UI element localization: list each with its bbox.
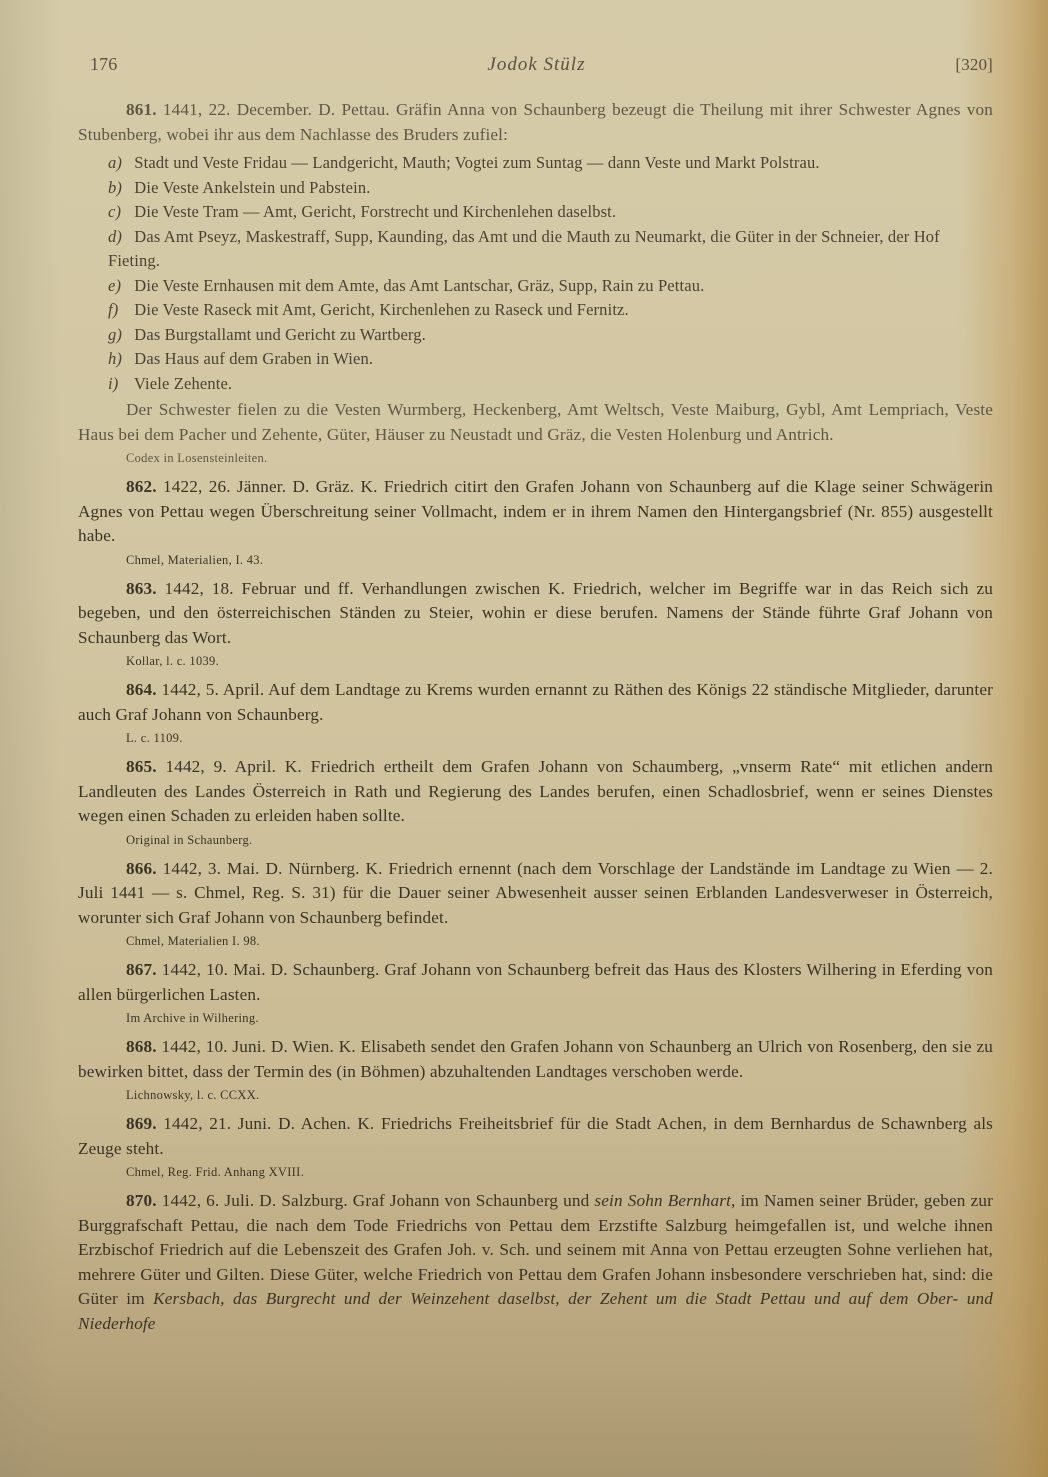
list-item: a) Stadt und Veste Fridau — Landgericht,… [108, 151, 993, 176]
book-page: 176 Jodok Stülz [320] 861. 1441, 22. Dec… [78, 52, 993, 1338]
entry-text: 861. 1441, 22. December. D. Pettau. Gräf… [78, 98, 993, 147]
entry-continuation: Der Schwester fielen zu die Vesten Wurmb… [78, 398, 993, 447]
original-page-number: [320] [955, 53, 993, 78]
source-citation: Im Archive in Wilhering. [78, 1007, 993, 1029]
source-citation: Chmel, Materialien I. 98. [78, 930, 993, 952]
item-text: Die Veste Tram — Amt, Gericht, Forstrech… [134, 202, 616, 221]
entry-body: 1442, 3. Mai. D. Nürnberg. K. Friedrich … [78, 859, 993, 927]
entry-863: 863. 1442, 18. Februar und ff. Verhandlu… [78, 577, 993, 673]
entry-text: 868. 1442, 10. Juni. D. Wien. K. Elisabe… [78, 1035, 993, 1084]
page-edge-shadow-left [0, 0, 60, 1477]
list-item: c) Die Veste Tram — Amt, Gericht, Forstr… [108, 200, 993, 225]
entry-body: 1442, 6. Juli. D. Salzburg. Graf Johann … [162, 1191, 590, 1210]
item-label: g) [108, 323, 130, 348]
entry-number: 862. [126, 477, 157, 496]
entry-number: 869. [126, 1114, 157, 1133]
item-label: e) [108, 274, 130, 299]
item-label: h) [108, 347, 130, 372]
source-citation: Chmel, Reg. Frid. Anhang XVIII. [78, 1161, 993, 1183]
list-item: e) Die Veste Ernhausen mit dem Amte, das… [108, 274, 993, 299]
entry-body: 1442, 9. April. K. Friedrich ertheilt de… [78, 757, 993, 825]
entry-number: 861. [126, 100, 157, 119]
entry-number: 865. [126, 757, 157, 776]
item-text: Das Amt Pseyz, Maskestraff, Supp, Kaundi… [108, 227, 940, 271]
source-citation: Chmel, Materialien, I. 43. [78, 549, 993, 571]
page-number: 176 [90, 52, 117, 77]
running-title-author: Jodok Stülz [487, 53, 585, 78]
entry-body: 1422, 26. Jänner. D. Gräz. K. Friedrich … [78, 477, 993, 545]
list-item: g) Das Burgstallamt und Gericht zu Wartb… [108, 323, 993, 348]
entry-number: 868. [126, 1037, 157, 1056]
item-label: f) [108, 298, 130, 323]
list-item: f) Die Veste Raseck mit Amt, Gericht, Ki… [108, 298, 993, 323]
item-text: Das Haus auf dem Graben in Wien. [134, 349, 373, 368]
entry-body: 1442, 5. April. Auf dem Landtage zu Krem… [78, 680, 993, 724]
list-item: b) Die Veste Ankelstein und Pabstein. [108, 176, 993, 201]
item-label: a) [108, 151, 130, 176]
source-citation: Original in Schaunberg. [78, 829, 993, 851]
item-text: Viele Zehente. [134, 374, 232, 393]
item-text: Die Veste Ankelstein und Pabstein. [134, 178, 370, 197]
entry-body-italic: sein Sohn Bernhart, [594, 1191, 735, 1210]
item-label: b) [108, 176, 130, 201]
entry-body: 1442, 18. Februar und ff. Verhandlungen … [78, 579, 993, 647]
entry-number: 866. [126, 859, 157, 878]
entry-867: 867. 1442, 10. Mai. D. Schaunberg. Graf … [78, 958, 993, 1029]
inheritance-list: a) Stadt und Veste Fridau — Landgericht,… [78, 151, 993, 396]
entry-text: 862. 1422, 26. Jänner. D. Gräz. K. Fried… [78, 475, 993, 549]
item-label: i) [108, 372, 130, 397]
list-item: i) Viele Zehente. [108, 372, 993, 397]
entry-number: 870. [126, 1191, 157, 1210]
item-label: c) [108, 200, 130, 225]
entry-body: 1442, 10. Mai. D. Schaunberg. Graf Johan… [78, 960, 993, 1004]
item-text: Die Veste Ernhausen mit dem Amte, das Am… [134, 276, 704, 295]
list-item: h) Das Haus auf dem Graben in Wien. [108, 347, 993, 372]
entry-866: 866. 1442, 3. Mai. D. Nürnberg. K. Fried… [78, 857, 993, 953]
entry-861: 861. 1441, 22. December. D. Pettau. Gräf… [78, 98, 993, 469]
entry-body-italic: Kersbach, das Burgrecht und der Weinzehe… [78, 1289, 993, 1333]
entry-text: 863. 1442, 18. Februar und ff. Verhandlu… [78, 577, 993, 651]
entry-body: 1442, 10. Juni. D. Wien. K. Elisabeth se… [78, 1037, 993, 1081]
item-label: d) [108, 225, 130, 250]
entry-text: 869. 1442, 21. Juni. D. Achen. K. Friedr… [78, 1112, 993, 1161]
source-citation: Codex in Losensteinleiten. [78, 447, 993, 469]
entry-intro: 1441, 22. December. D. Pettau. Gräfin An… [78, 100, 993, 144]
entry-865: 865. 1442, 9. April. K. Friedrich erthei… [78, 755, 993, 851]
list-item: d) Das Amt Pseyz, Maskestraff, Supp, Kau… [108, 225, 993, 274]
entry-text: 866. 1442, 3. Mai. D. Nürnberg. K. Fried… [78, 857, 993, 931]
source-citation: L. c. 1109. [78, 727, 993, 749]
item-text: Das Burgstallamt und Gericht zu Wartberg… [134, 325, 426, 344]
entry-870: 870. 1442, 6. Juli. D. Salzburg. Graf Jo… [78, 1189, 993, 1336]
entry-body: 1442, 21. Juni. D. Achen. K. Friedrichs … [78, 1114, 993, 1158]
entry-text: 864. 1442, 5. April. Auf dem Landtage zu… [78, 678, 993, 727]
entry-text: 870. 1442, 6. Juli. D. Salzburg. Graf Jo… [78, 1189, 993, 1336]
entry-text: 867. 1442, 10. Mai. D. Schaunberg. Graf … [78, 958, 993, 1007]
entry-869: 869. 1442, 21. Juni. D. Achen. K. Friedr… [78, 1112, 993, 1183]
entry-864: 864. 1442, 5. April. Auf dem Landtage zu… [78, 678, 993, 749]
entry-862: 862. 1422, 26. Jänner. D. Gräz. K. Fried… [78, 475, 993, 571]
entry-number: 863. [126, 579, 157, 598]
item-text: Die Veste Raseck mit Amt, Gericht, Kirch… [134, 300, 629, 319]
running-head: 176 Jodok Stülz [320] [78, 52, 993, 80]
entry-868: 868. 1442, 10. Juni. D. Wien. K. Elisabe… [78, 1035, 993, 1106]
item-text: Stadt und Veste Fridau — Landgericht, Ma… [134, 153, 819, 172]
entry-text: 865. 1442, 9. April. K. Friedrich erthei… [78, 755, 993, 829]
entry-number: 867. [126, 960, 157, 979]
source-citation: Kollar, l. c. 1039. [78, 650, 993, 672]
source-citation: Lichnowsky, l. c. CCXX. [78, 1084, 993, 1106]
entry-number: 864. [126, 680, 157, 699]
